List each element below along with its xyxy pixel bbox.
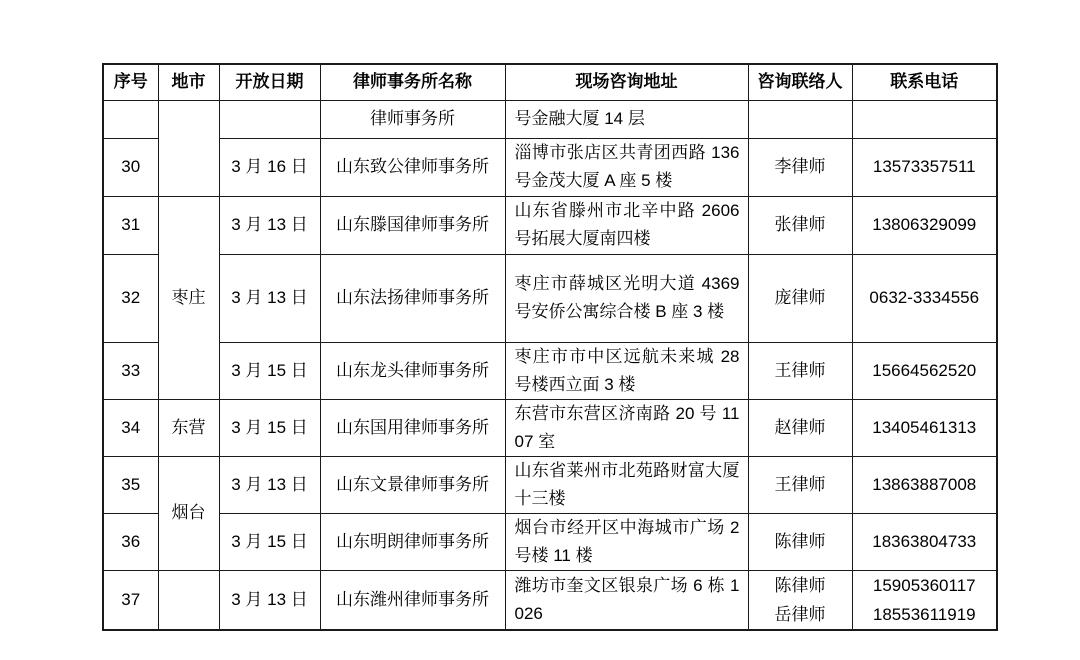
cell-city-dongying: 东营 <box>158 399 219 456</box>
cell-city-zaozhuang: 枣庄 <box>158 196 219 399</box>
cell-seq: 35 <box>103 456 158 513</box>
cell-seq: 34 <box>103 399 158 456</box>
cell-phone: 0632-3334556 <box>852 254 997 342</box>
col-header-seq: 序号 <box>103 64 158 100</box>
cell-phone: 13863887008 <box>852 456 997 513</box>
table-row-37: 37 3 月 13 日 山东潍州律师事务所 潍坊市奎文区银泉广场 6 栋 102… <box>103 570 997 630</box>
cell-contact: 李律师 <box>748 138 852 196</box>
cell-seq: 32 <box>103 254 158 342</box>
col-header-address: 现场咨询地址 <box>505 64 748 100</box>
cell-address: 枣庄市薛城区光明大道 4369 号安侨公寓综合楼 B 座 3 楼 <box>505 254 748 342</box>
cell-firm-name: 山东潍州律师事务所 <box>320 570 505 630</box>
cell-date: 3 月 13 日 <box>219 570 320 630</box>
table-row-31: 31 枣庄 3 月 13 日 山东滕国律师事务所 山东省滕州市北辛中路 2606… <box>103 196 997 254</box>
cell-address: 枣庄市市中区远航未来城 28 号楼西立面 3 楼 <box>505 342 748 399</box>
col-header-contact: 咨询联络人 <box>748 64 852 100</box>
cell-city <box>158 100 219 196</box>
cell-contact: 陈律师 岳律师 <box>748 570 852 630</box>
table-row-34: 34 东营 3 月 15 日 山东国用律师事务所 东营市东营区济南路 20 号 … <box>103 399 997 456</box>
cell-date: 3 月 15 日 <box>219 342 320 399</box>
table-row-33: 33 3 月 15 日 山东龙头律师事务所 枣庄市市中区远航未来城 28 号楼西… <box>103 342 997 399</box>
cell-firm-name: 律师事务所 <box>320 100 505 138</box>
phone-line-1: 15905360117 <box>857 571 993 600</box>
cell-phone: 15905360117 18553611919 <box>852 570 997 630</box>
cell-address: 山东省莱州市北苑路财富大厦十三楼 <box>505 456 748 513</box>
cell-address: 东营市东营区济南路 20 号 1107 室 <box>505 399 748 456</box>
contact-line-1: 陈律师 <box>753 571 848 600</box>
phone-line-2: 18553611919 <box>857 600 993 629</box>
cell-phone: 13573357511 <box>852 138 997 196</box>
cell-firm-name: 山东龙头律师事务所 <box>320 342 505 399</box>
table-row-32: 32 3 月 13 日 山东法扬律师事务所 枣庄市薛城区光明大道 4369 号安… <box>103 254 997 342</box>
cell-contact: 张律师 <box>748 196 852 254</box>
cell-phone: 13405461313 <box>852 399 997 456</box>
contact-line-2: 岳律师 <box>753 600 848 629</box>
col-header-phone: 联系电话 <box>852 64 997 100</box>
cell-seq: 30 <box>103 138 158 196</box>
cell-date: 3 月 13 日 <box>219 196 320 254</box>
cell-phone: 15664562520 <box>852 342 997 399</box>
table-row-spillover: 律师事务所 号金融大厦 14 层 <box>103 100 997 138</box>
cell-address: 山东省滕州市北辛中路 2606 号拓展大厦南四楼 <box>505 196 748 254</box>
cell-seq: 37 <box>103 570 158 630</box>
cell-city-yantai: 烟台 <box>158 456 219 570</box>
cell-firm-name: 山东国用律师事务所 <box>320 399 505 456</box>
cell-address: 潍坊市奎文区银泉广场 6 栋 1026 <box>505 570 748 630</box>
cell-seq <box>103 100 158 138</box>
cell-phone: 13806329099 <box>852 196 997 254</box>
cell-firm-name: 山东法扬律师事务所 <box>320 254 505 342</box>
cell-contact: 王律师 <box>748 456 852 513</box>
cell-address: 烟台市经开区中海城市广场 2 号楼 11 楼 <box>505 513 748 570</box>
cell-date: 3 月 15 日 <box>219 513 320 570</box>
cell-address: 淄博市张店区共青团西路 136 号金茂大厦 A 座 5 楼 <box>505 138 748 196</box>
table-header-row: 序号 地市 开放日期 律师事务所名称 现场咨询地址 咨询联络人 联系电话 <box>103 64 997 100</box>
col-header-date: 开放日期 <box>219 64 320 100</box>
cell-date: 3 月 13 日 <box>219 254 320 342</box>
cell-firm-name: 山东致公律师事务所 <box>320 138 505 196</box>
law-firm-schedule-table: 序号 地市 开放日期 律师事务所名称 现场咨询地址 咨询联络人 联系电话 律师事… <box>102 63 998 631</box>
cell-contact: 庞律师 <box>748 254 852 342</box>
cell-firm-name: 山东滕国律师事务所 <box>320 196 505 254</box>
cell-contact <box>748 100 852 138</box>
cell-phone: 18363804733 <box>852 513 997 570</box>
cell-date <box>219 100 320 138</box>
cell-date: 3 月 16 日 <box>219 138 320 196</box>
cell-firm-name: 山东明朗律师事务所 <box>320 513 505 570</box>
table-row-35: 35 烟台 3 月 13 日 山东文景律师事务所 山东省莱州市北苑路财富大厦十三… <box>103 456 997 513</box>
cell-seq: 36 <box>103 513 158 570</box>
cell-contact: 陈律师 <box>748 513 852 570</box>
col-header-city: 地市 <box>158 64 219 100</box>
col-header-firm-name: 律师事务所名称 <box>320 64 505 100</box>
cell-date: 3 月 15 日 <box>219 399 320 456</box>
cell-date: 3 月 13 日 <box>219 456 320 513</box>
table-row-36: 36 3 月 15 日 山东明朗律师事务所 烟台市经开区中海城市广场 2 号楼 … <box>103 513 997 570</box>
cell-seq: 33 <box>103 342 158 399</box>
cell-seq: 31 <box>103 196 158 254</box>
cell-address: 号金融大厦 14 层 <box>505 100 748 138</box>
cell-firm-name: 山东文景律师事务所 <box>320 456 505 513</box>
cell-contact: 王律师 <box>748 342 852 399</box>
cell-contact: 赵律师 <box>748 399 852 456</box>
cell-city <box>158 570 219 630</box>
cell-phone <box>852 100 997 138</box>
table-row-30: 30 3 月 16 日 山东致公律师事务所 淄博市张店区共青团西路 136 号金… <box>103 138 997 196</box>
